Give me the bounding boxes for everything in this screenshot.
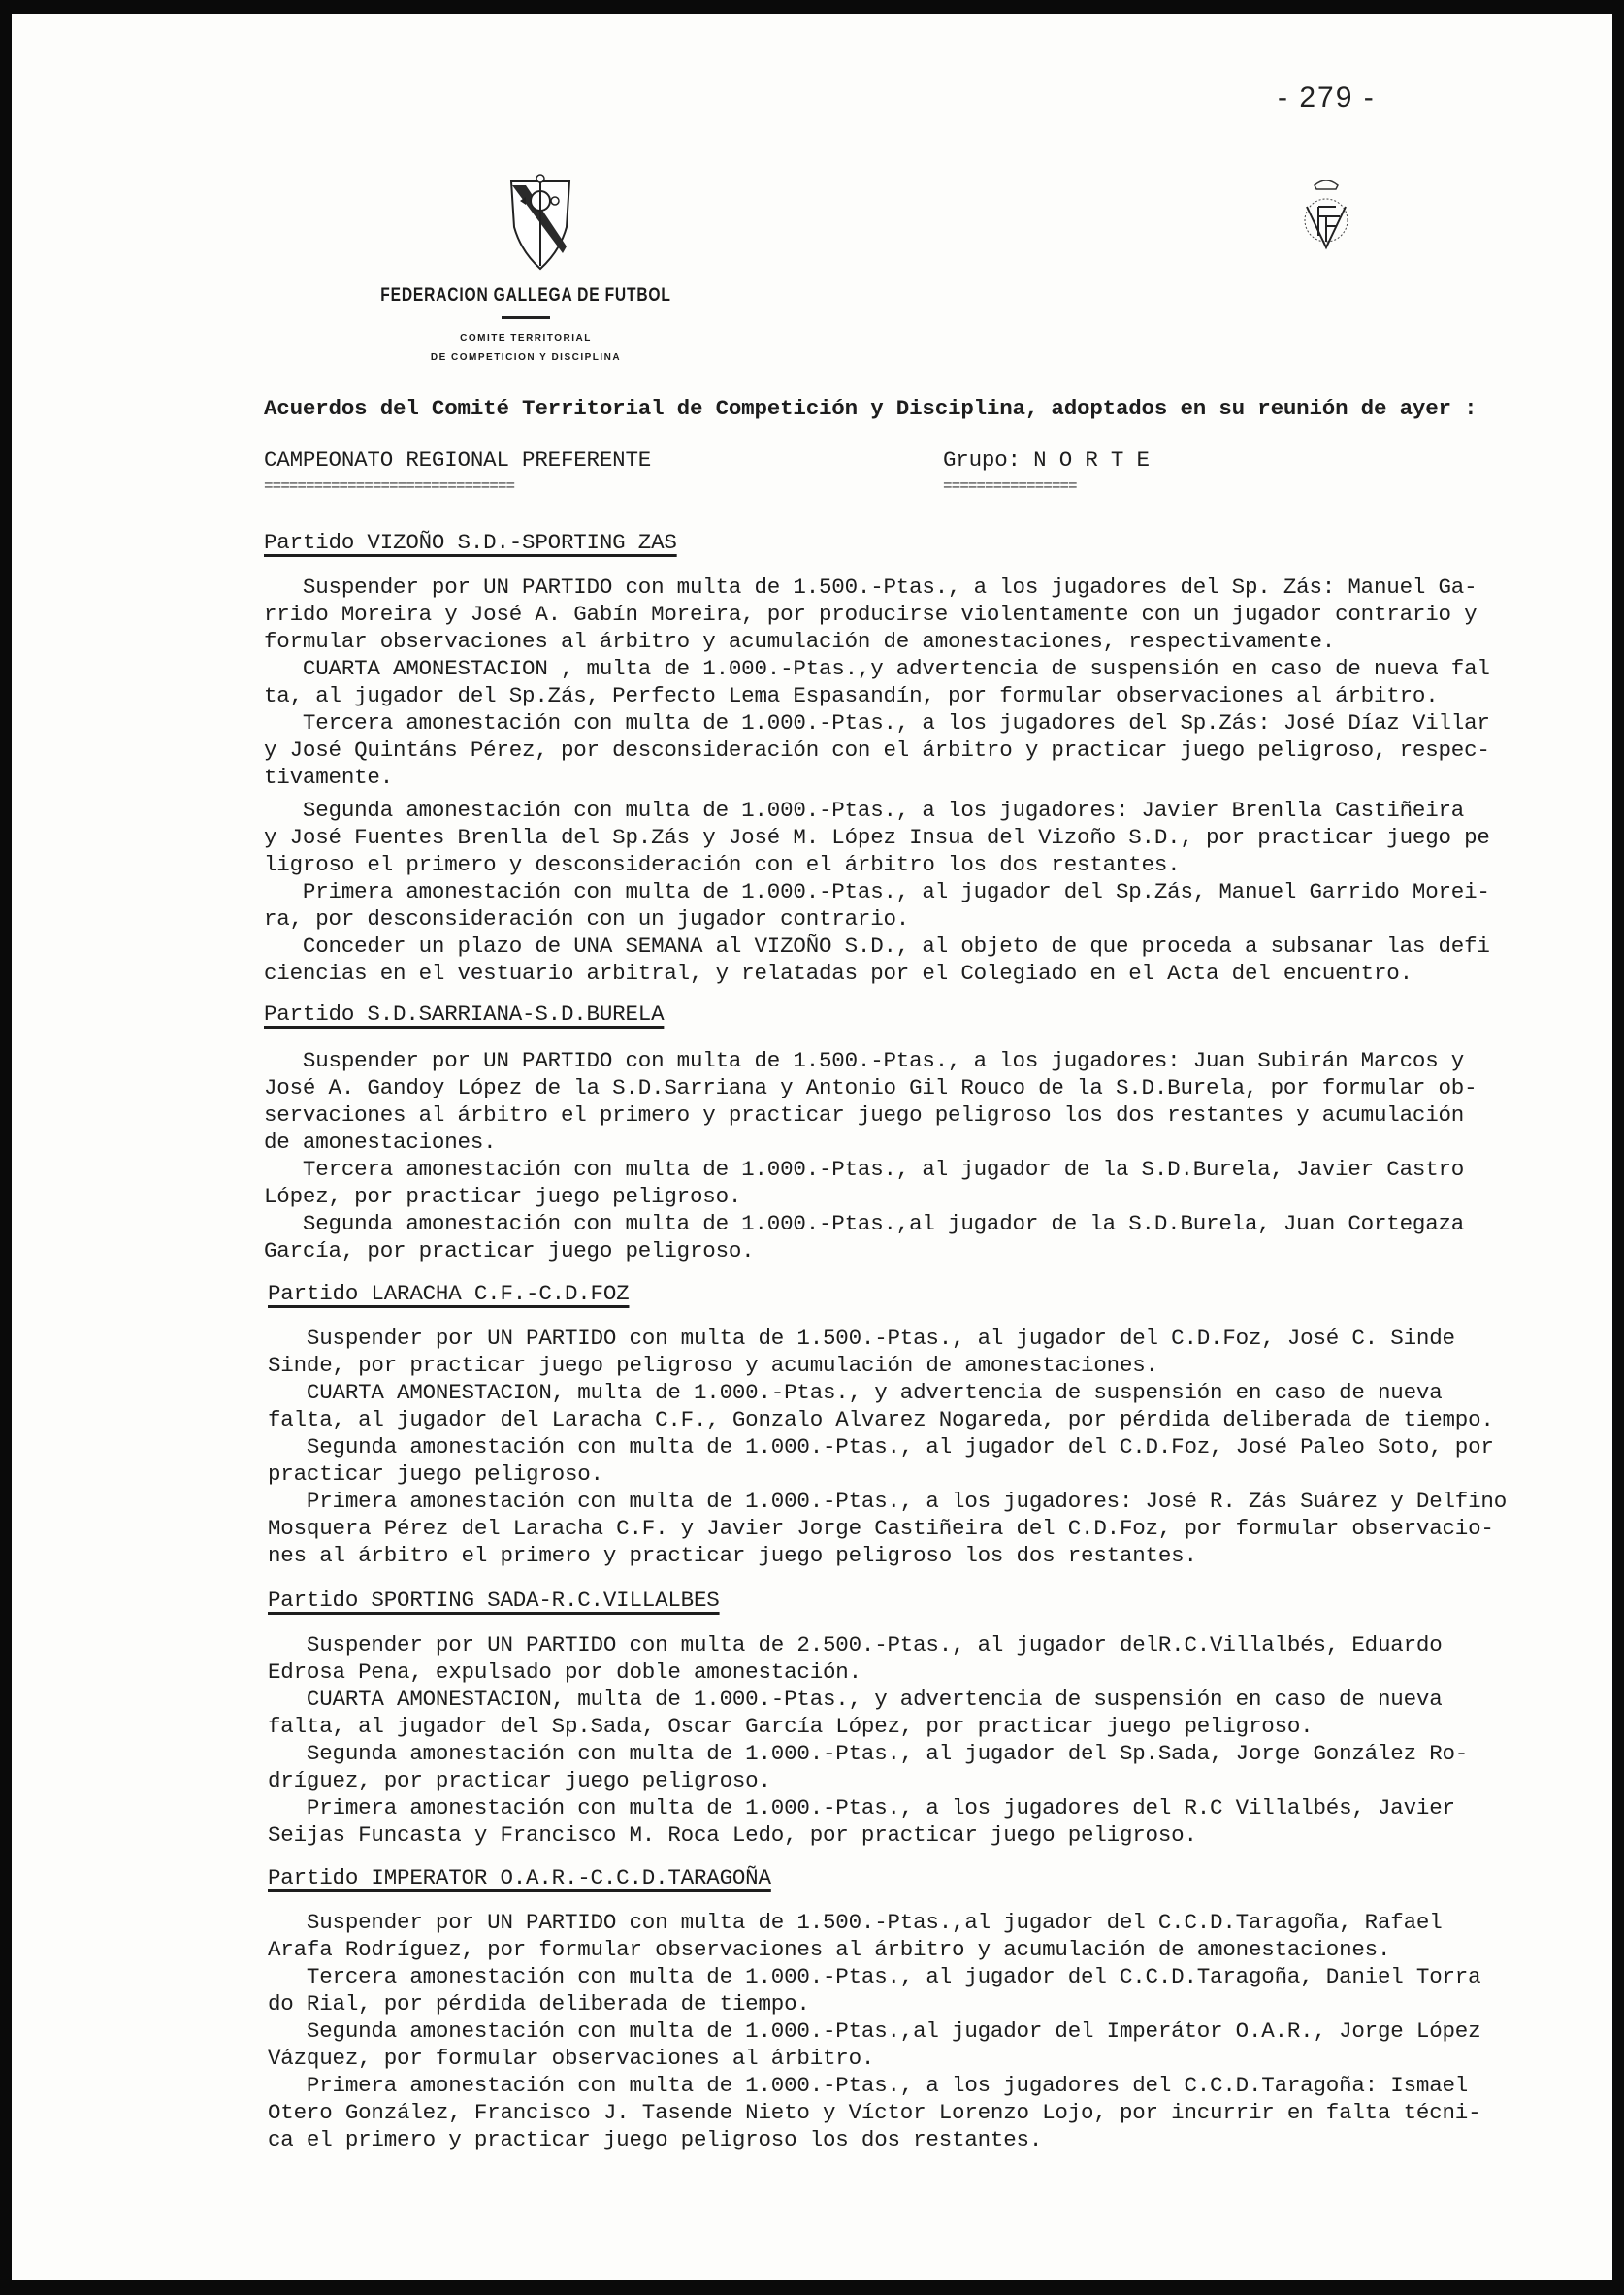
paragraph-line: ligroso el primero y desconsideración co… [264, 852, 1180, 877]
paragraph-line: servaciones al árbitro el primero y prac… [264, 1102, 1464, 1128]
letterhead-divider [502, 316, 550, 319]
paragraph-line: Seijas Funcasta y Francisco M. Roca Ledo… [268, 1822, 1197, 1848]
paragraph-line: rrido Moreira y José A. Gabín Moreira, p… [264, 602, 1477, 627]
paragraph-line: de amonestaciones. [264, 1130, 496, 1155]
page-number: - 279 - [1278, 82, 1376, 115]
paragraph-line: Tercera amonestación con multa de 1.000.… [264, 710, 1490, 736]
paragraph-line: tivamente. [264, 765, 393, 790]
paragraph-line: Tercera amonestación con multa de 1.000.… [264, 1157, 1464, 1182]
paragraph-line: Vázquez, por formular observaciones al á… [268, 2046, 874, 2071]
championship-title-rule: ============================== [264, 477, 514, 495]
group-rule: ================ [943, 477, 1077, 495]
paragraph-line: Sinde, por practicar juego peligroso y a… [268, 1353, 1158, 1378]
championship-title: CAMPEONATO REGIONAL PREFERENTE [264, 447, 651, 473]
match-heading-vizono-sporting-zas: Partido VIZOÑO S.D.-SPORTING ZAS [264, 530, 677, 555]
paragraph-line: ca el primero y practicar juego peligros… [268, 2127, 1042, 2152]
paragraph-line: José A. Gandoy López de la S.D.Sarriana … [264, 1075, 1477, 1100]
paragraph-line: Conceder un plazo de UNA SEMANA al VIZOÑ… [264, 934, 1490, 959]
paragraph-line: Segunda amonestación con multa de 1.000.… [264, 798, 1464, 823]
match-heading-sporting-sada-villalbes: Partido SPORTING SADA-R.C.VILLALBES [268, 1588, 720, 1613]
paragraph-line: ta, al jugador del Sp.Zás, Perfecto Lema… [264, 683, 1439, 708]
group-label: Grupo: N O R T E [943, 447, 1150, 473]
organization-name: FEDERACION GALLEGA DE FUTBOL [367, 285, 685, 307]
paragraph-line: dríguez, por practicar juego peligroso. [268, 1768, 771, 1793]
paragraph-line: Suspender por UN PARTIDO con multa de 2.… [268, 1632, 1443, 1657]
paragraph-line: CUARTA AMONESTACION, multa de 1.000.-Pta… [268, 1380, 1443, 1405]
paragraph-line: Primera amonestación con multa de 1.000.… [264, 879, 1490, 904]
paragraph-line: Segunda amonestación con multa de 1.000.… [268, 1434, 1494, 1459]
paragraph-line: ra, por desconsideración con un jugador … [264, 906, 909, 932]
paragraph-line: CUARTA AMONESTACION , multa de 1.000.-Pt… [264, 656, 1490, 681]
paragraph-line: Mosquera Pérez del Laracha C.F. y Javier… [268, 1516, 1494, 1541]
paragraph-line: y José Fuentes Brenlla del Sp.Zás y José… [264, 825, 1490, 850]
spanish-federation-crest-icon [1297, 174, 1355, 253]
paragraph-line: Segunda amonestación con multa de 1.000.… [268, 2018, 1480, 2044]
paragraph-line: Segunda amonestación con multa de 1.000.… [268, 1741, 1468, 1766]
match-heading-sarriana-burela: Partido S.D.SARRIANA-S.D.BURELA [264, 1001, 664, 1027]
paragraph-line: Arafa Rodríguez, por formular observacio… [268, 1937, 1390, 1962]
committee-line-1: COMITE TERRITORIAL [332, 329, 720, 348]
paragraph-line: Suspender por UN PARTIDO con multa de 1.… [264, 574, 1477, 600]
paragraph-line: Otero González, Francisco J. Tasende Nie… [268, 2100, 1480, 2125]
match-heading-laracha-foz: Partido LARACHA C.F.-C.D.FOZ [268, 1281, 629, 1306]
paragraph-line: López, por practicar juego peligroso. [264, 1184, 741, 1209]
paragraph-line: García, por practicar juego peligroso. [264, 1238, 754, 1263]
paragraph-line: nes al árbitro el primero y practicar ju… [268, 1543, 1197, 1568]
paragraph-line: CUARTA AMONESTACION, multa de 1.000.-Pta… [268, 1687, 1443, 1712]
paragraph-line: do Rial, por pérdida deliberada de tiemp… [268, 1991, 810, 2016]
document-page: - 279 - FEDERACION GALLEGA DE FUTBOL COM… [12, 14, 1612, 2280]
paragraph-line: practicar juego peligroso. [268, 1461, 603, 1487]
galician-federation-shield-icon [506, 174, 574, 271]
paragraph-line: Edrosa Pena, expulsado por doble amonest… [268, 1659, 861, 1685]
paragraph-line: Primera amonestación con multa de 1.000.… [268, 1795, 1455, 1820]
paragraph-line: falta, al jugador del Laracha C.F., Gonz… [268, 1407, 1494, 1432]
paragraph-line: Suspender por UN PARTIDO con multa de 1.… [264, 1048, 1464, 1073]
letterhead: FEDERACION GALLEGA DE FUTBOL COMITE TERR… [332, 285, 720, 368]
paragraph-line: falta, al jugador del Sp.Sada, Oscar Gar… [268, 1714, 1313, 1739]
paragraph-line: y José Quintáns Pérez, por desconsiderac… [264, 738, 1490, 763]
paragraph-line: formular observaciones al árbitro y acum… [264, 629, 1335, 654]
paragraph-line: Tercera amonestación con multa de 1.000.… [268, 1964, 1480, 1989]
intro-text: Acuerdos del Comité Territorial de Compe… [264, 396, 1477, 421]
paragraph-line: ciencias en el vestuario arbitral, y rel… [264, 961, 1413, 986]
paragraph-line: Segunda amonestación con multa de 1.000.… [264, 1211, 1464, 1236]
paragraph-line: Primera amonestación con multa de 1.000.… [268, 2073, 1468, 2098]
paragraph-line: Primera amonestación con multa de 1.000.… [268, 1489, 1507, 1514]
match-heading-imperator-taragona: Partido IMPERATOR O.A.R.-C.C.D.TARAGOÑA [268, 1865, 771, 1890]
committee-line-2: DE COMPETICION Y DISCIPLINA [332, 348, 720, 368]
paragraph-line: Suspender por UN PARTIDO con multa de 1.… [268, 1326, 1455, 1351]
paragraph-line: Suspender por UN PARTIDO con multa de 1.… [268, 1910, 1443, 1935]
